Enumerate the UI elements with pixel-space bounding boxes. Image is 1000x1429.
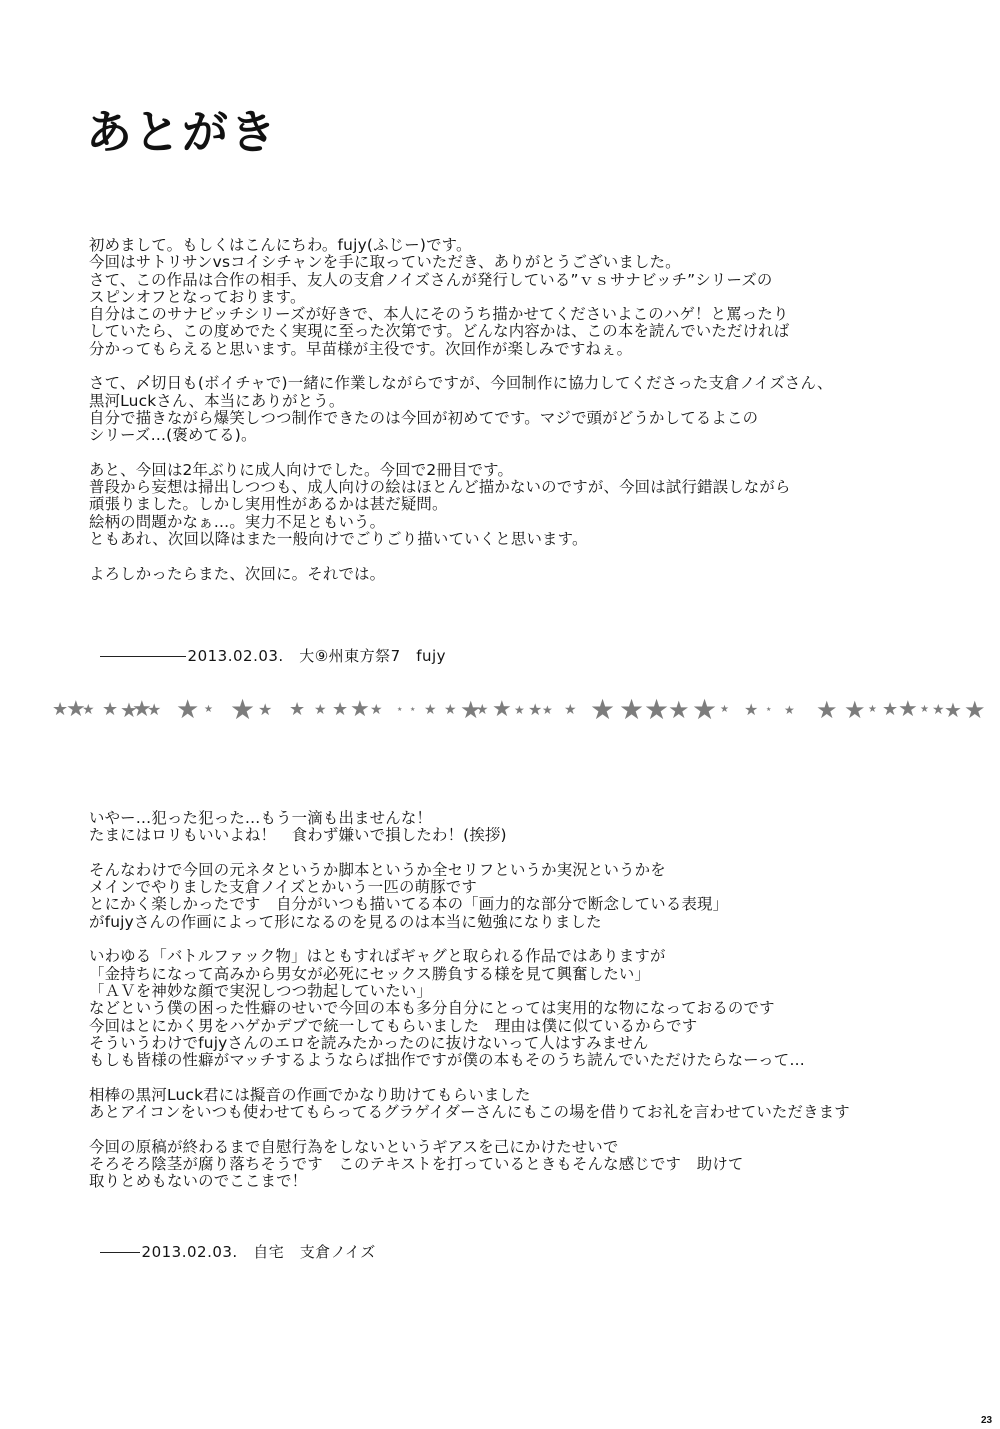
text-line: とにかく楽しかったです 自分がいつも描いてる本の「画力的な部分で断念している表現… (89, 896, 850, 913)
star-icon: ★ (492, 699, 512, 721)
signature-dash (100, 1252, 140, 1253)
text-line: そんなわけで今回の元ネタというか脚本というか全セリフというか実況というかを (89, 862, 850, 879)
text-line: もしも皆様の性癖がマッチするようならば拙作ですが僕の本もそのうち読んでいただけた… (89, 1052, 850, 1069)
star-icon: ★ (944, 700, 962, 720)
star-icon: ★ (784, 704, 795, 716)
star-icon: ★ (920, 705, 929, 715)
star-icon: ★ (720, 705, 729, 715)
star-icon: ★ (230, 696, 255, 724)
text-line: 「金持ちになって高みから男女が必死にセックス勝負する様を見て興奮したい」 (89, 966, 850, 983)
star-icon: ★ (528, 702, 542, 718)
signature-noise: 2013.02.03. 自宅 支倉ノイズ (89, 1223, 376, 1262)
star-icon: ★ (476, 703, 489, 717)
text-line: さて、〆切日も(ボイチャで)一緒に作業しながらですが、今回制作に協力してくださっ… (89, 375, 833, 392)
paragraph-gap (89, 358, 833, 375)
star-icon: ★ (868, 705, 877, 715)
star-icon: ★ (147, 702, 161, 718)
page-number: 23 (981, 1415, 992, 1426)
star-icon: ★ (564, 703, 577, 717)
text-line: 絵柄の問題かなぁ…。実力不足ともいう。 (89, 514, 833, 531)
star-icon: ★ (350, 699, 370, 721)
text-line: 自分はこのサナビッチシリーズが好きで、本人にそのうち描かせてくださいよこのハゲ！… (89, 306, 833, 323)
star-icon: ★ (258, 702, 272, 718)
text-line: 今回はサトリサンvsコイシチャンを手に取っていただき、ありがとうございました。 (89, 254, 833, 271)
star-icon: ★ (370, 703, 383, 717)
star-icon: ★ (514, 704, 525, 716)
text-line: 取りとめもないのでここまで！ (89, 1173, 850, 1190)
text-line: よろしかったらまた、次回に。それでは。 (89, 566, 833, 583)
text-line: 頑張りました。しかし実用性があるかは甚だ疑問。 (89, 496, 833, 513)
star-icon: ★ (542, 704, 553, 716)
star-icon: ★ (204, 705, 213, 715)
text-line: いやー…犯った犯った…もう一滴も出ませんな！ (89, 810, 850, 827)
paragraph-gap (89, 845, 850, 862)
signature-fujy: 2013.02.03. 大⑨州東方祭7 fujy (89, 627, 446, 666)
star-icon: ★ (444, 703, 457, 717)
page-title: あとがき (86, 96, 278, 162)
paragraph-gap (89, 1069, 850, 1086)
text-line: あと、今回は2年ぶりに成人向けでした。今回で2冊目です。 (89, 462, 833, 479)
text-line: 黒河Luckさん、本当にありがとう。 (89, 393, 833, 410)
text-line: シリーズ…(褒めてる)。 (89, 427, 833, 444)
afterword-section-noise: いやー…犯った犯った…もう一滴も出ませんな！たまにはロリもいいよね！ 食わず嫌い… (89, 810, 850, 1191)
text-line: 自分で描きながら爆笑しつつ制作できたのは今回が初めてです。マジで頭がどうかしてる… (89, 410, 833, 427)
signature-dash (100, 656, 186, 657)
text-line: 「ＡＶを神妙な顔で実況しつつ勃起していたい」 (89, 983, 850, 1000)
star-icon: ★ (397, 707, 402, 713)
star-icon: ★ (424, 703, 437, 717)
text-line: ともあれ、次回以降はまた一般向けでごりごり描いていくと思います。 (89, 531, 833, 548)
text-line: がfujyさんの作画によって形になるのを見るのは本当に勉強になりました (89, 914, 850, 931)
star-icon: ★ (898, 699, 918, 721)
text-line: スピンオフとなっております。 (89, 289, 833, 306)
star-icon: ★ (816, 698, 838, 722)
star-icon: ★ (644, 696, 669, 724)
text-line: メインでやりました支倉ノイズとかいう一匹の萌豚です (89, 879, 850, 896)
text-line: 分かってもらえると思います。早苗様が主役です。次回作が楽しみですねぇ。 (89, 341, 833, 358)
star-icon: ★ (289, 701, 305, 719)
star-icon: ★ (692, 696, 717, 724)
star-icon: ★ (932, 703, 945, 717)
text-line: 初めまして。もしくはこんにちわ。fujy(ふじー)です。 (89, 237, 833, 254)
star-icon: ★ (619, 696, 644, 724)
text-line: 今回の原稿が終わるまで自慰行為をしないというギアスを己にかけたせいで (89, 1139, 850, 1156)
star-icon: ★ (102, 701, 118, 719)
text-line: さて、この作品は合作の相手、友人の支倉ノイズさんが発行している”ｖｓサナビッチ”… (89, 272, 833, 289)
text-line: 相棒の黒河Luck君には擬音の作画でかなり助けてもらいました (89, 1087, 850, 1104)
afterword-section-fujy: 初めまして。もしくはこんにちわ。fujy(ふじー)です。今回はサトリサンvsコイ… (89, 237, 833, 583)
text-line: 普段から妄想は掃出しつつも、成人向けの絵はほとんど描かないのですが、今回は試行錯… (89, 479, 833, 496)
text-line: などという僕の困った性癖のせいで今回の本も多分自分にとっては実用的な物になってお… (89, 1000, 850, 1017)
star-icon: ★ (844, 698, 866, 722)
star-icon: ★ (964, 698, 986, 722)
text-line: あとアイコンをいつも使わせてもらってるグラゲイダーさんにもこの場を借りてお礼を言… (89, 1104, 850, 1121)
star-divider: ★★★★★★★★★★★★★★★★★★★★★★★★★★★★★★★★★★★★★★★★… (52, 696, 962, 726)
paragraph-gap (89, 931, 850, 948)
star-icon: ★ (668, 698, 690, 722)
star-icon: ★ (82, 703, 95, 717)
text-line: いわゆる「バトルファック物」はともすればギャグと取られる作品ではありますが (89, 948, 850, 965)
star-icon: ★ (314, 703, 327, 717)
star-icon: ★ (590, 696, 615, 724)
star-icon: ★ (410, 707, 415, 713)
star-icon: ★ (176, 697, 199, 723)
text-line: たまにはロリもいいよね！ 食わず嫌いで損したわ！(挨拶) (89, 827, 850, 844)
signature-text: 2013.02.03. 自宅 支倉ノイズ (142, 1243, 376, 1261)
paragraph-gap (89, 548, 833, 565)
text-line: そういうわけでfujyさんのエロを読みたかったのに抜けないって人はすみません (89, 1035, 850, 1052)
star-icon: ★ (744, 702, 758, 718)
text-line: そろそろ陰茎が腐り落ちそうです このテキストを打っているときもそんな感じです 助… (89, 1156, 850, 1173)
star-icon: ★ (766, 707, 771, 713)
paragraph-gap (89, 1121, 850, 1138)
paragraph-gap (89, 445, 833, 462)
text-line: していたら、この度めでたく実現に至った次第です。どんな内容かは、この本を読んでい… (89, 323, 833, 340)
star-icon: ★ (882, 701, 898, 719)
star-icon: ★ (332, 701, 348, 719)
text-line: 今回はとにかく男をハゲかデブで統一してもらいました 理由は僕に似ているからです (89, 1018, 850, 1035)
signature-text: 2013.02.03. 大⑨州東方祭7 fujy (188, 647, 446, 665)
